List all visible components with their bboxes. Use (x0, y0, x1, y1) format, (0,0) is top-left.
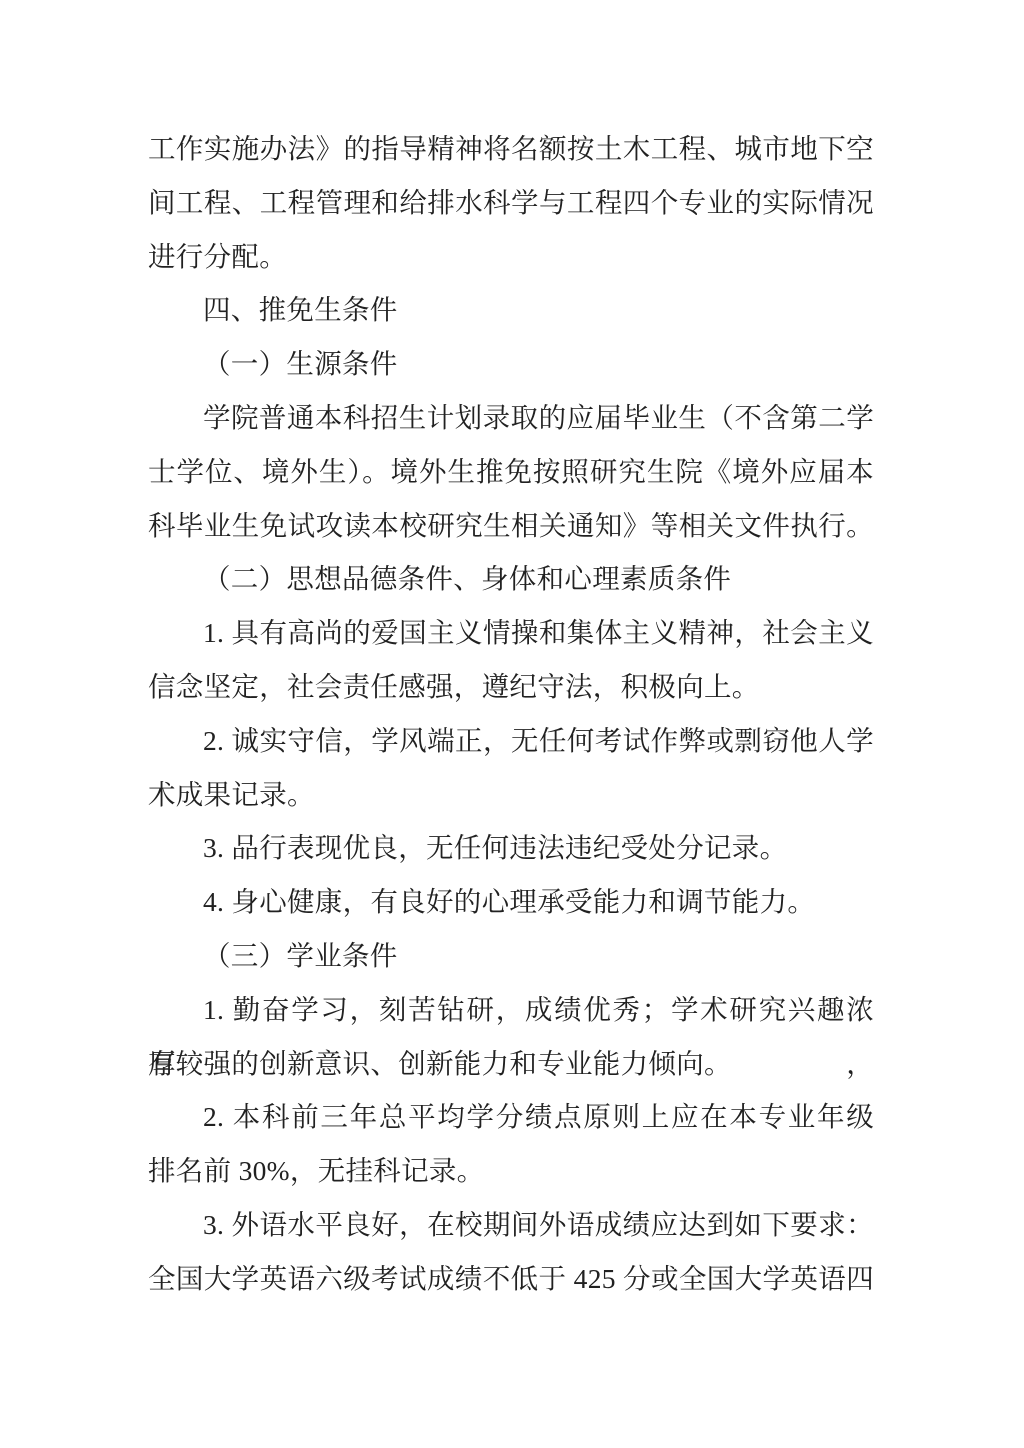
document-page: 工作实施办法》的指导精神将名额按土木工程、城市地下空 间工程、工程管理和给排水科… (0, 0, 1024, 1448)
text-line: 3. 外语水平良好，在校期间外语成绩应达到如下要求： (148, 1198, 874, 1252)
text-line: 4. 身心健康，有良好的心理承受能力和调节能力。 (148, 875, 874, 929)
text-line: 科毕业生免试攻读本校研究生相关通知》等相关文件执行。 (148, 499, 874, 553)
section-heading: 四、推免生条件 (148, 283, 874, 337)
subsection-heading: （一）生源条件 (148, 337, 874, 391)
text-line: 信念坚定，社会责任感强，遵纪守法，积极向上。 (148, 660, 874, 714)
text-line: 全国大学英语六级考试成绩不低于 425 分或全国大学英语四 (148, 1252, 874, 1306)
text-line: 1. 勤奋学习，刻苦钻研，成绩优秀；学术研究兴趣浓厚， (148, 983, 874, 1037)
text-line: 学院普通本科招生计划录取的应届毕业生（不含第二学 (148, 391, 874, 445)
document-body: 工作实施办法》的指导精神将名额按土木工程、城市地下空 间工程、工程管理和给排水科… (148, 122, 874, 1306)
text-line: 间工程、工程管理和给排水科学与工程四个专业的实际情况 (148, 176, 874, 230)
text-line: 1. 具有高尚的爱国主义情操和集体主义精神，社会主义 (148, 606, 874, 660)
text-line: 3. 品行表现优良，无任何违法违纪受处分记录。 (148, 821, 874, 875)
text-line: 排名前 30%，无挂科记录。 (148, 1144, 874, 1198)
subsection-heading: （三）学业条件 (148, 929, 874, 983)
subsection-heading: （二）思想品德条件、身体和心理素质条件 (148, 552, 874, 606)
text-line: 工作实施办法》的指导精神将名额按土木工程、城市地下空 (148, 122, 874, 176)
text-line: 进行分配。 (148, 230, 874, 284)
text-line: 士学位、境外生）。境外生推免按照研究生院《境外应届本 (148, 445, 874, 499)
text-line: 2. 诚实守信，学风端正，无任何考试作弊或剽窃他人学 (148, 714, 874, 768)
text-line: 术成果记录。 (148, 768, 874, 822)
text-line: 2. 本科前三年总平均学分绩点原则上应在本专业年级 (148, 1090, 874, 1144)
